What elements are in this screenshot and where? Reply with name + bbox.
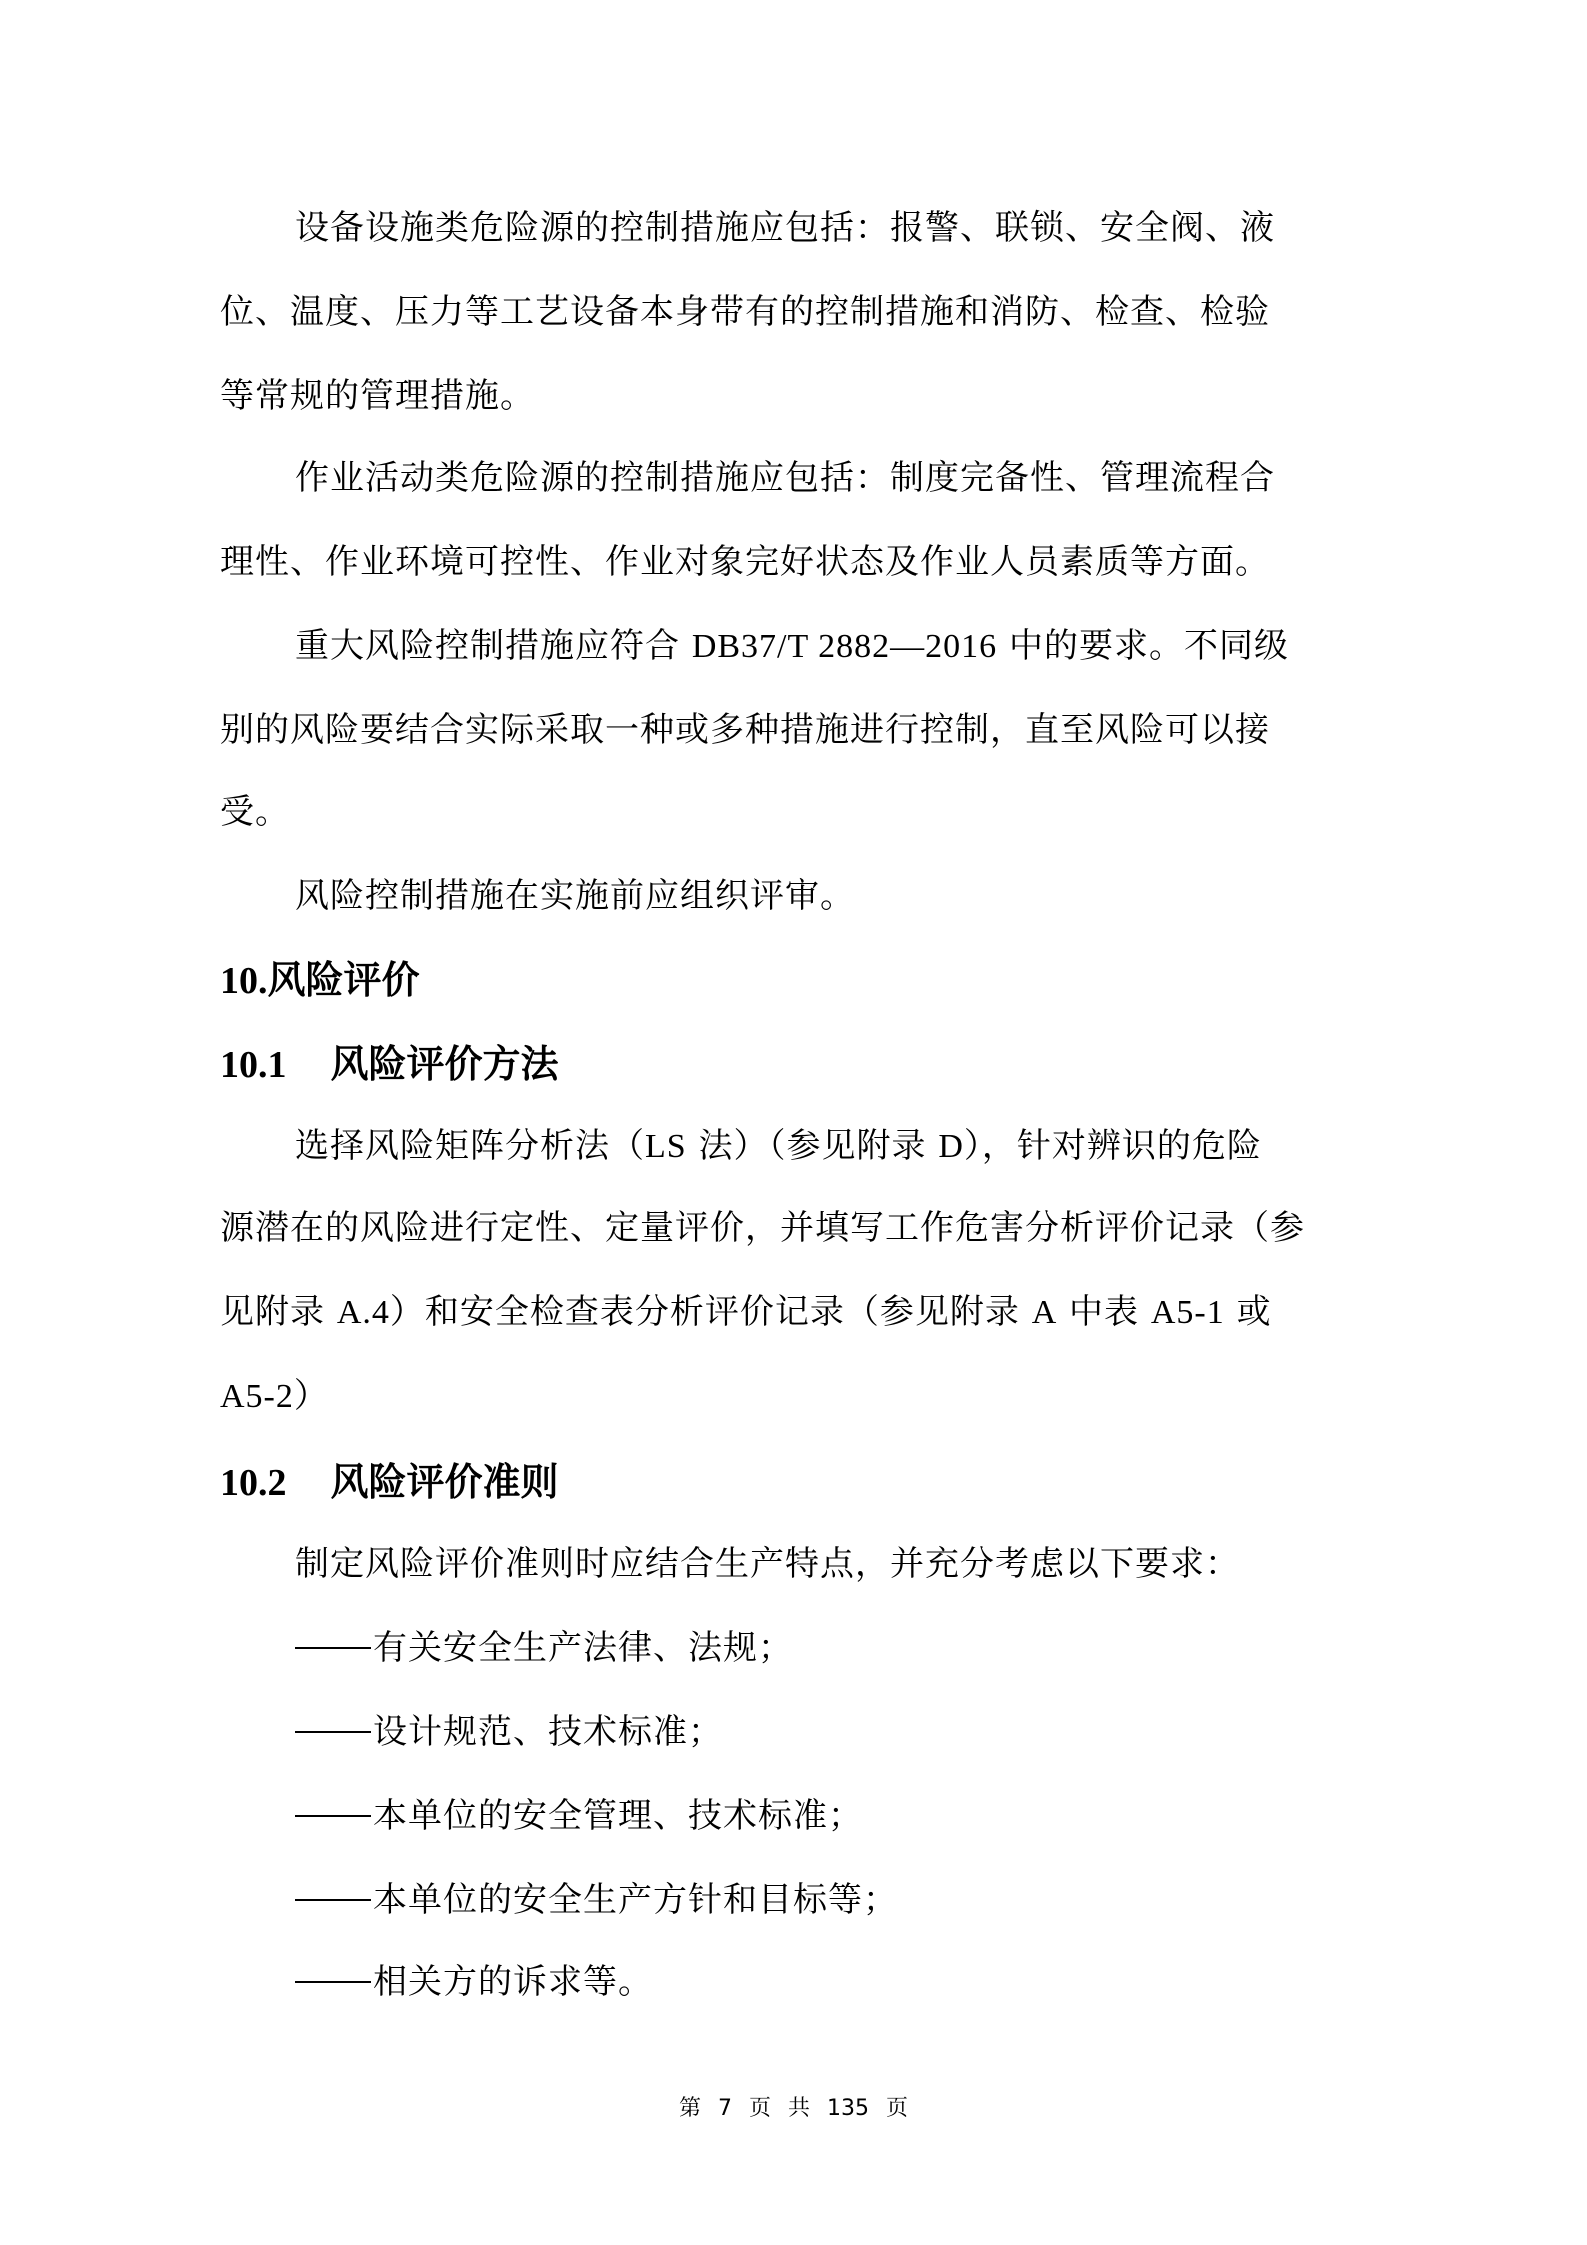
text-run: ）和安全检查表分析评价记录（参见附录	[390, 1292, 1032, 1332]
text-run: A	[1032, 1294, 1058, 1331]
paragraph-line: 见附录 A.4）和安全检查表分析评价记录（参见附录 A 中表 A5-1 或	[220, 1292, 1272, 1333]
section-number: 10.	[220, 960, 268, 1002]
paragraph-line: 设备设施类危险源的控制措施应包括：报警、联锁、安全阀、液	[295, 208, 1275, 248]
paragraph-line: A5-2）	[220, 1376, 329, 1417]
section-heading-10-1: 10.1风险评价方法	[220, 1042, 559, 1087]
section-title: 风险评价准则	[331, 1460, 559, 1504]
section-number: 10.1	[220, 1044, 287, 1086]
section-heading-10: 10.风险评价	[220, 958, 420, 1003]
em-dash-marker	[295, 1981, 371, 1983]
footer-text: 页 共	[749, 2096, 810, 2121]
section-heading-10-2: 10.2风险评价准则	[220, 1460, 559, 1505]
text-run: ），针对辨识的危险	[964, 1126, 1262, 1166]
text-run: A5-1	[1151, 1294, 1225, 1331]
text-run: 中的要求。不同级	[997, 626, 1289, 666]
text-run: A.4	[337, 1294, 390, 1331]
em-dash-marker	[295, 1815, 371, 1817]
footer-text: 页	[886, 2096, 908, 2121]
standard-code: DB37/T 2882—2016	[692, 628, 997, 665]
paragraph-line: 重大风险控制措施应符合 DB37/T 2882—2016 中的要求。不同级	[295, 626, 1289, 667]
total-page-count: 135	[827, 2096, 869, 2121]
paragraph-line: 制定风险评价准则时应结合生产特点，并充分考虑以下要求：	[295, 1544, 1240, 1584]
paragraph-line: 受。	[220, 792, 290, 832]
text-run: 重大风险控制措施应符合	[295, 626, 692, 666]
list-item: 相关方的诉求等。	[295, 1962, 653, 2002]
paragraph-line: 选择风险矩阵分析法（LS 法）（参见附录 D），针对辨识的危险	[295, 1126, 1262, 1167]
list-item-text: 本单位的安全生产方针和目标等；	[373, 1880, 898, 1920]
text-run: 或	[1225, 1292, 1272, 1332]
current-page-number: 7	[718, 2096, 732, 2121]
paragraph-line: 风险控制措施在实施前应组织评审。	[295, 876, 855, 916]
text-run: 见附录	[220, 1292, 337, 1332]
em-dash-marker	[295, 1647, 371, 1649]
text-run: LS	[645, 1128, 687, 1165]
paragraph-line: 位、温度、压力等工艺设备本身带有的控制措施和消防、检查、检验	[220, 292, 1270, 332]
text-run: ）	[294, 1376, 329, 1416]
text-run: 选择风险矩阵分析法（	[295, 1126, 645, 1166]
list-item-text: 相关方的诉求等。	[373, 1962, 653, 2002]
paragraph-line: 理性、作业环境可控性、作业对象完好状态及作业人员素质等方面。	[220, 542, 1270, 582]
list-item: 有关安全生产法律、法规；	[295, 1628, 793, 1668]
list-item: 设计规范、技术标准；	[295, 1712, 723, 1752]
page-footer: 第 7 页 共 135 页	[0, 2096, 1587, 2122]
em-dash-marker	[295, 1731, 371, 1733]
paragraph-line: 源潜在的风险进行定性、定量评价，并填写工作危害分析评价记录（参	[220, 1208, 1305, 1248]
section-title: 风险评价方法	[331, 1042, 559, 1086]
text-run: A5-2	[220, 1378, 294, 1415]
em-dash-marker	[295, 1899, 371, 1901]
document-page: 设备设施类危险源的控制措施应包括：报警、联锁、安全阀、液 位、温度、压力等工艺设…	[0, 0, 1587, 2245]
list-item-text: 有关安全生产法律、法规；	[373, 1628, 793, 1668]
text-run: D	[938, 1128, 964, 1165]
paragraph-line: 等常规的管理措施。	[220, 376, 535, 416]
paragraph-line: 别的风险要结合实际采取一种或多种措施进行控制，直至风险可以接	[220, 710, 1270, 750]
section-title: 风险评价	[268, 958, 420, 1002]
text-run: 法）（参见附录	[687, 1126, 939, 1166]
section-number: 10.2	[220, 1462, 287, 1504]
text-run: 中表	[1057, 1292, 1151, 1332]
footer-text: 第	[679, 2096, 701, 2121]
paragraph-line: 作业活动类危险源的控制措施应包括：制度完备性、管理流程合	[295, 458, 1275, 498]
list-item: 本单位的安全生产方针和目标等；	[295, 1880, 898, 1920]
list-item-text: 设计规范、技术标准；	[373, 1712, 723, 1752]
list-item: 本单位的安全管理、技术标准；	[295, 1796, 863, 1836]
list-item-text: 本单位的安全管理、技术标准；	[373, 1796, 863, 1836]
